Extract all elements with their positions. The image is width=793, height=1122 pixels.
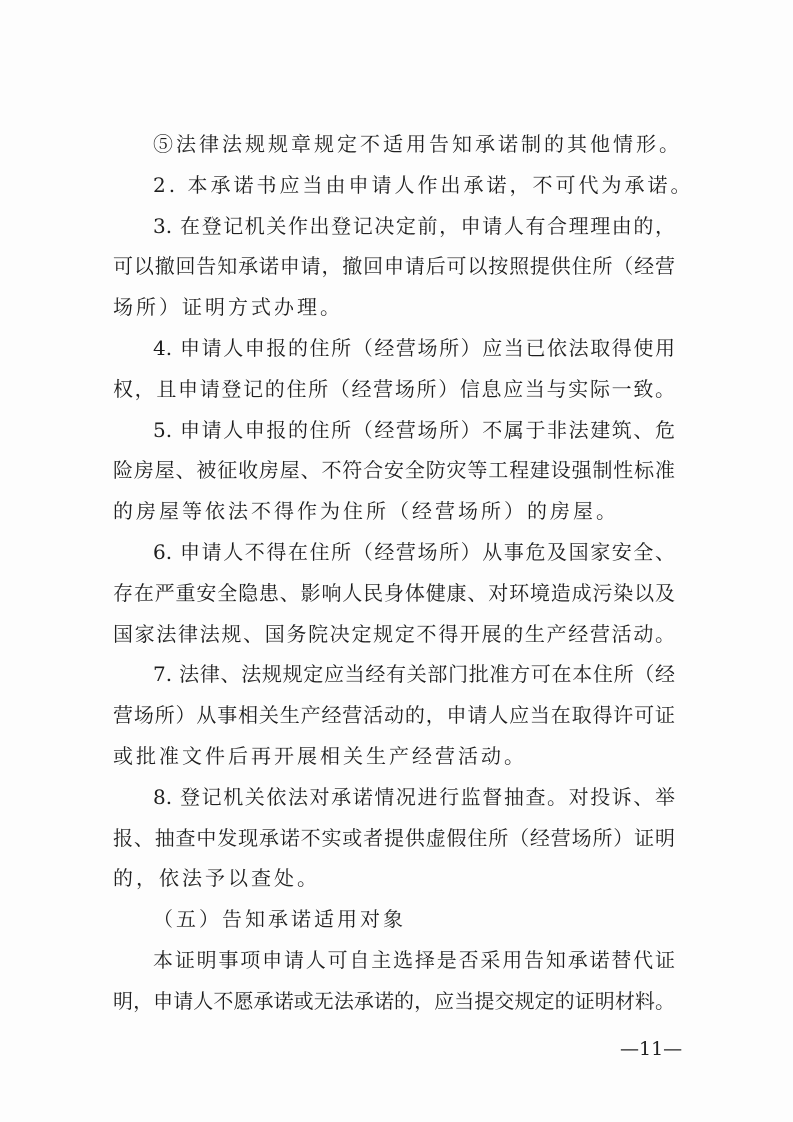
applicability-line-1: 本证明事项申请人可自主选择是否采用告知承诺替代证 — [113, 940, 675, 981]
item-4-line-2: 权，且申请登记的住所（经营场所）信息应当与实际一致。 — [113, 369, 675, 410]
page-number: —11— — [620, 1038, 682, 1060]
item-6-line-3: 国家法律法规、国务院决定规定不得开展的生产经营活动。 — [113, 614, 675, 655]
item-3-line-2: 可以撤回告知承诺申请，撤回申请后可以按照提供住所（经营 — [113, 246, 675, 287]
item-6-line-1: 6. 申请人不得在住所（经营场所）从事危及国家安全、 — [113, 532, 675, 573]
item-5-line-2: 险房屋、被征收房屋、不符合安全防灾等工程建设强制性标准 — [113, 450, 675, 491]
item-3-line-3: 场所）证明方式办理。 — [113, 287, 675, 328]
document-page: ⑤法律法规规章规定不适用告知承诺制的其他情形。 2. 本承诺书应当由申请人作出承… — [0, 0, 793, 1122]
item-8-line-3: 的，依法予以查处。 — [113, 858, 675, 899]
item-8-line-2: 报、抽查中发现承诺不实或者提供虚假住所（经营场所）证明 — [113, 818, 675, 859]
item-5-line-3: 的房屋等依法不得作为住所（经营场所）的房屋。 — [113, 491, 675, 532]
applicability-line-2: 明，申请人不愿承诺或无法承诺的，应当提交规定的证明材料。 — [113, 981, 675, 1022]
item-2-commitment: 2. 本承诺书应当由申请人作出承诺，不可代为承诺。 — [113, 165, 675, 206]
clause-5-other-cases: ⑤法律法规规章规定不适用告知承诺制的其他情形。 — [113, 124, 675, 165]
item-7-line-3: 或批准文件后再开展相关生产经营活动。 — [113, 736, 675, 777]
item-3-line-1: 3. 在登记机关作出登记决定前，申请人有合理理由的， — [113, 206, 675, 247]
section-5-heading: （五）告知承诺适用对象 — [113, 899, 675, 940]
item-7-line-2: 营场所）从事相关生产经营活动的，申请人应当在取得许可证 — [113, 695, 675, 736]
item-6-line-2: 存在严重安全隐患、影响人民身体健康、对环境造成污染以及 — [113, 573, 675, 614]
body-text: ⑤法律法规规章规定不适用告知承诺制的其他情形。 2. 本承诺书应当由申请人作出承… — [113, 124, 675, 1022]
item-7-line-1: 7. 法律、法规规定应当经有关部门批准方可在本住所（经 — [113, 654, 675, 695]
item-5-line-1: 5. 申请人申报的住所（经营场所）不属于非法建筑、危 — [113, 410, 675, 451]
item-8-line-1: 8. 登记机关依法对承诺情况进行监督抽查。对投诉、举 — [113, 777, 675, 818]
item-4-line-1: 4. 申请人申报的住所（经营场所）应当已依法取得使用 — [113, 328, 675, 369]
